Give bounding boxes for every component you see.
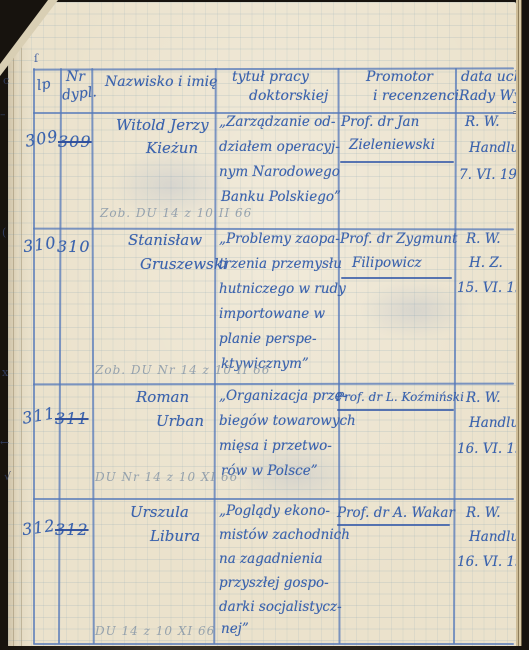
thesis-title-line: importowane w xyxy=(219,306,325,322)
pencil-note: Zob. DU Nr 14 z 10 II 66 xyxy=(95,363,270,377)
header-cell-promoter-line1: Promotor xyxy=(366,69,433,85)
council-date-line: R. W. xyxy=(465,114,500,130)
page-corner-fold xyxy=(0,0,48,64)
promoter-underline xyxy=(337,524,450,526)
margin-mark: x xyxy=(2,366,8,379)
pencil-note: DU 14 z 10 XI 66 xyxy=(95,624,215,638)
thesis-title-line: przyszłej gospo- xyxy=(219,575,329,591)
binding-crease xyxy=(13,2,14,648)
thesis-title-line: darki socjalistycz- xyxy=(219,599,342,615)
row-name-line: Gruszewski xyxy=(140,255,228,273)
council-date-line: H. Z. xyxy=(469,255,503,271)
binding-edge xyxy=(8,2,32,648)
page-bottom-edge xyxy=(0,646,529,650)
thesis-title-line: na zagadnienia xyxy=(219,551,323,567)
table-border-left xyxy=(33,68,35,644)
row-name-line: Kieżun xyxy=(146,139,198,157)
council-date-line: Handlu xyxy=(469,415,519,431)
council-date-line: R. W. xyxy=(466,390,501,406)
row-name-line: Roman xyxy=(136,388,189,406)
thesis-title-line: nej” xyxy=(221,621,249,637)
promoter-line: Prof. dr Jan xyxy=(341,114,419,130)
thesis-title-line: „Organizacja prze- xyxy=(219,388,347,404)
thesis-title-line: działem operacyj- xyxy=(219,139,340,155)
thesis-title-line: „Zarządzanie od- xyxy=(219,114,335,130)
pencil-note: Zob. DU 14 z 10 II 66 xyxy=(100,206,252,220)
row-nr-dypl: 310 xyxy=(57,237,91,256)
header-cell-name: Nazwisko i imię xyxy=(105,74,217,90)
council-date-line: Handlu xyxy=(469,140,519,156)
thesis-title-line: trzenia przemysłu xyxy=(219,256,342,272)
thesis-title-line: „Problemy zaopa- xyxy=(219,231,340,247)
table-border-bottom xyxy=(33,643,514,645)
promoter-line: Prof. dr Zygmunt xyxy=(340,231,457,247)
thesis-title-line: mistów zachodnich xyxy=(219,527,350,543)
thesis-title-line: hutniczego w rudy xyxy=(219,281,346,297)
promoter-underline xyxy=(337,409,454,411)
header-cell-title-line1: tytuł pracy xyxy=(232,69,309,85)
table-line-row3-bottom xyxy=(33,498,514,500)
thesis-title-line: biegów towarowych xyxy=(219,413,356,429)
promoter-underline xyxy=(340,161,454,163)
promoter-line: Prof. dr L. Koźmiński xyxy=(336,390,464,404)
photo-background: lp Nr dypl. Nazwisko i imię tytuł pracy … xyxy=(0,0,529,650)
thesis-title-line: „Poglądy ekono- xyxy=(219,503,330,519)
row-name-line: Witold Jerzy xyxy=(116,116,209,134)
row-name-line: Libura xyxy=(150,527,200,545)
row-name-line: Urban xyxy=(156,412,204,430)
row-nr-dypl: 309 xyxy=(58,132,92,151)
binding-crease xyxy=(21,2,22,648)
row-name-line: Stanisław xyxy=(128,231,202,249)
thesis-title-line: nym Narodowego xyxy=(219,164,340,180)
thesis-title-line: mięsa i przetwo- xyxy=(219,438,332,454)
margin-mark: ( xyxy=(2,226,6,239)
pencil-note: DU Nr 14 z 10 XI 66 xyxy=(95,470,238,484)
promoter-line: Zieleniewski xyxy=(349,137,435,153)
header-cell-promoter-line2: i recenzenci xyxy=(373,88,459,104)
thesis-title-line: planie perspe- xyxy=(219,331,317,347)
margin-mark: ← xyxy=(0,436,9,449)
council-date-line: Handlu xyxy=(469,529,519,545)
header-cell-nrdypl-line1: Nr xyxy=(66,69,85,85)
header-cell-title-line2: doktorskiej xyxy=(249,88,328,104)
promoter-line: Prof. dr A. Wakar xyxy=(337,505,455,521)
margin-mark: √ xyxy=(4,470,11,483)
row-name-line: Urszula xyxy=(130,503,189,521)
row-nr-dypl: 312 xyxy=(55,520,89,539)
promoter-line: Filipowicz xyxy=(352,255,422,271)
page-stack-edge xyxy=(515,0,529,650)
council-date-line: R. W. xyxy=(466,505,501,521)
margin-mark: – xyxy=(0,108,6,121)
thesis-title-line: Banku Polskiego” xyxy=(221,189,341,205)
promoter-underline xyxy=(341,277,452,279)
header-cell-lp: lp xyxy=(36,76,52,94)
council-date-line: R. W. xyxy=(466,231,501,247)
row-nr-dypl: 311 xyxy=(55,409,89,428)
